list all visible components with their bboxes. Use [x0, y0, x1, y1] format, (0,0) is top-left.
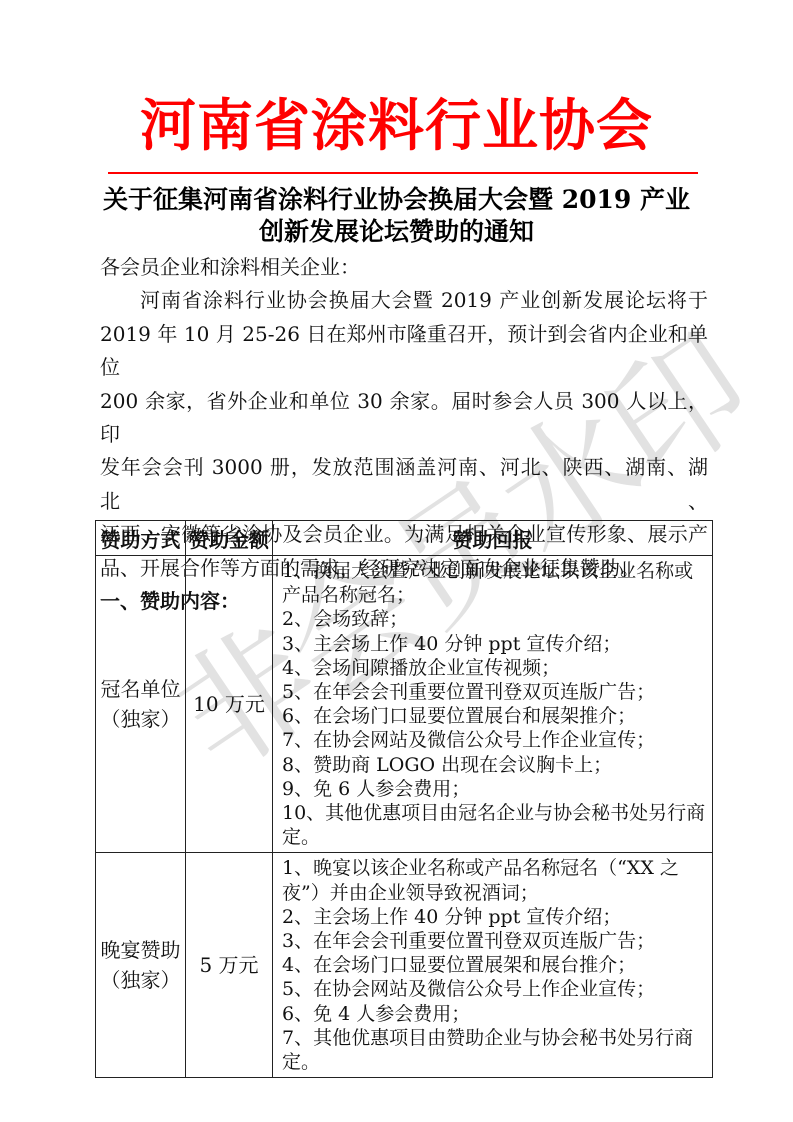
method-exclusive: （独家）	[96, 965, 185, 995]
sponsorship-table: 赞助方式 赞助金额 赞助回报 冠名单位 （独家） 10 万元 1、换届大会暨产业…	[95, 520, 713, 1078]
benefit-item: 9、免 6 人参会费用；	[282, 777, 706, 801]
paragraph-line: 2019 年 10 月 25-26 日在郑州市隆重召开，预计到会省内企业和单位	[100, 318, 708, 385]
benefit-list: 1、换届大会暨产业创新发展论坛以该企业名称或产品名称冠名； 2、会场致辞； 3、…	[273, 556, 712, 852]
header-sponsor-method: 赞助方式	[96, 521, 186, 556]
amount-cell: 5 万元	[186, 853, 273, 1078]
benefit-item: 7、在协会网站及微信公众号上作企业宣传；	[282, 728, 706, 752]
benefit-item: 2、会场致辞；	[282, 607, 706, 631]
title-underline	[108, 172, 698, 174]
header-sponsor-benefit: 赞助回报	[273, 521, 713, 556]
benefit-item: 4、在会场门口显要位置展架和展台推介；	[282, 953, 706, 977]
benefit-item: 5、在协会网站及微信公众号上作企业宣传；	[282, 977, 706, 1001]
benefit-item: 3、主会场上作 40 分钟 ppt 宣传介绍；	[282, 632, 706, 656]
method-cell: 晚宴赞助 （独家）	[96, 853, 186, 1078]
document-page: 非会员水印 河南省涂料行业协会 关于征集河南省涂料行业协会换届大会暨 2019 …	[0, 0, 793, 1122]
benefit-item: 2、主会场上作 40 分钟 ppt 宣传介绍；	[282, 905, 706, 929]
paragraph-line: 发年会会刊 3000 册，发放范围涵盖河南、河北、陕西、湖南、湖北、	[100, 451, 708, 518]
method-exclusive: （独家）	[96, 704, 185, 734]
method-cell: 冠名单位 （独家）	[96, 556, 186, 853]
benefit-item: 10、其他优惠项目由冠名企业与协会秘书处另行商定。	[282, 801, 706, 849]
benefits-cell: 1、换届大会暨产业创新发展论坛以该企业名称或产品名称冠名； 2、会场致辞； 3、…	[273, 556, 713, 853]
benefit-list: 1、晚宴以该企业名称或产品名称冠名（“XX 之夜”）并由企业领导致祝酒词； 2、…	[273, 853, 712, 1077]
benefit-item: 8、赞助商 LOGO 出现在会议胸卡上；	[282, 753, 706, 777]
benefit-item: 4、会场间隙播放企业宣传视频；	[282, 656, 706, 680]
benefit-item: 7、其他优惠项目由赞助企业与协会秘书处另行商定。	[282, 1026, 706, 1074]
org-title: 河南省涂料行业协会	[0, 94, 793, 158]
benefits-cell: 1、晚宴以该企业名称或产品名称冠名（“XX 之夜”）并由企业领导致祝酒词； 2、…	[273, 853, 713, 1078]
benefit-item: 3、在年会会刊重要位置刊登双页连版广告；	[282, 929, 706, 953]
method-name: 冠名单位	[96, 674, 185, 704]
benefit-item: 1、换届大会暨产业创新发展论坛以该企业名称或产品名称冠名；	[282, 559, 706, 607]
header-sponsor-amount: 赞助金额	[186, 521, 273, 556]
benefit-item: 6、在会场门口显要位置展台和展架推介；	[282, 704, 706, 728]
benefit-item: 5、在年会会刊重要位置刊登双页连版广告；	[282, 680, 706, 704]
salutation: 各会员企业和涂料相关企业：	[100, 251, 708, 284]
paragraph-line: 河南省涂料行业协会换届大会暨 2019 产业创新发展论坛将于	[100, 284, 708, 317]
method-name: 晚宴赞助	[96, 935, 185, 965]
benefit-item: 6、免 4 人参会费用；	[282, 1002, 706, 1026]
doc-title-line2: 创新发展论坛赞助的通知	[0, 216, 793, 248]
table-header-row: 赞助方式 赞助金额 赞助回报	[96, 521, 713, 556]
table-row-banquet-sponsor: 晚宴赞助 （独家） 5 万元 1、晚宴以该企业名称或产品名称冠名（“XX 之夜”…	[96, 853, 713, 1078]
doc-title: 关于征集河南省涂料行业协会换届大会暨 2019 产业 创新发展论坛赞助的通知	[0, 184, 793, 248]
table-row-naming-sponsor: 冠名单位 （独家） 10 万元 1、换届大会暨产业创新发展论坛以该企业名称或产品…	[96, 556, 713, 853]
amount-cell: 10 万元	[186, 556, 273, 853]
benefit-item: 1、晚宴以该企业名称或产品名称冠名（“XX 之夜”）并由企业领导致祝酒词；	[282, 856, 706, 904]
paragraph-line: 200 余家，省外企业和单位 30 余家。届时参会人员 300 人以上，印	[100, 385, 708, 452]
doc-title-line1: 关于征集河南省涂料行业协会换届大会暨 2019 产业	[0, 184, 793, 216]
